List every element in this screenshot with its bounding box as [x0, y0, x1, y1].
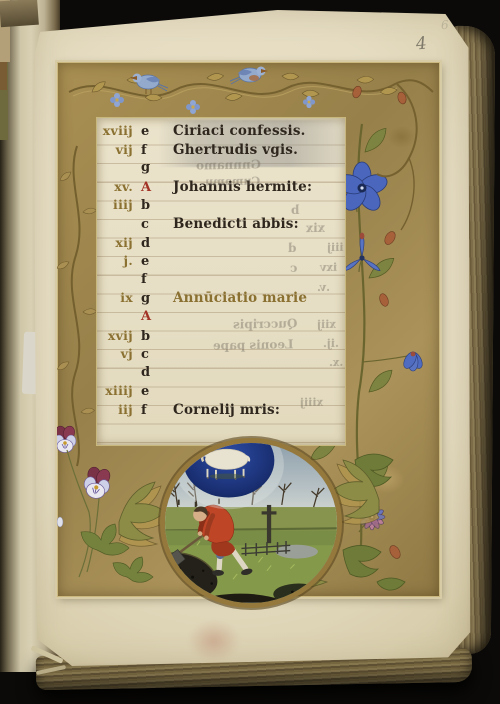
feast-entry: Annūciatio marie	[163, 289, 307, 308]
dominical-letter: A	[133, 308, 163, 327]
calendar-row: xijd	[97, 234, 345, 253]
red-offset-stain	[188, 620, 240, 662]
golden-number: vj	[97, 345, 133, 364]
dominical-letter: c	[133, 216, 163, 235]
miniature-scene	[165, 443, 337, 603]
show-through-mark: Cumamu	[205, 175, 260, 189]
march-miniature	[160, 438, 342, 608]
dominical-letter: e	[133, 253, 163, 272]
golden-number: iij	[97, 401, 133, 420]
show-through-mark: .x.	[329, 356, 343, 369]
show-through-mark: Leonis pape	[213, 337, 294, 352]
feast-entry: Benedicti abbis:	[163, 215, 299, 234]
show-through-mark: Quccripis	[233, 316, 298, 331]
dominical-letter: d	[133, 235, 163, 254]
dominical-letter: e	[133, 383, 163, 402]
golden-number: ix	[97, 289, 133, 308]
golden-number: xviij	[97, 122, 133, 141]
dominical-letter: d	[133, 364, 163, 383]
show-through-mark: b	[291, 203, 300, 217]
book-top-edge	[0, 0, 39, 27]
feast-entry: Ghertrudis vgis.	[163, 141, 298, 160]
dominical-letter: e	[133, 123, 163, 142]
golden-number: xij	[97, 234, 133, 253]
golden-number: xvij	[97, 327, 133, 346]
show-through-mark: Gnnnamo	[196, 157, 261, 172]
faint-folio-number: 6	[441, 18, 450, 32]
show-through-mark: .ij.	[323, 337, 339, 350]
show-through-mark: c	[290, 261, 298, 275]
golden-number: xv.	[97, 178, 133, 197]
manuscript-photo: 4 6	[0, 0, 500, 704]
dominical-letter: f	[133, 271, 163, 290]
calendar-row: A	[97, 308, 345, 327]
golden-number: vij	[97, 141, 133, 160]
calendar-row: f	[97, 271, 345, 290]
show-through-mark: xix	[306, 221, 325, 235]
dominical-letter: A	[133, 179, 163, 198]
show-through-mark: iiij	[327, 241, 344, 254]
dominical-letter: c	[133, 346, 163, 365]
dominical-letter: b	[133, 197, 163, 216]
dominical-letter: f	[133, 402, 163, 421]
show-through-mark: xiij	[317, 318, 336, 331]
dominical-letter: b	[133, 328, 163, 347]
dominical-letter: g	[133, 159, 163, 178]
calendar-row: j.e	[97, 252, 345, 271]
show-through-mark: ixv	[320, 261, 337, 274]
show-through-mark: .v.	[317, 281, 330, 294]
golden-number: j.	[97, 252, 133, 271]
feast-entry: Ciriaci confessis.	[163, 122, 306, 141]
calendar-row: xviijeCiriaci confessis.	[97, 122, 345, 141]
dominical-letter: g	[133, 290, 163, 309]
calendar-row: ixgAnnūciatio marie	[97, 289, 345, 308]
feast-entry: Cornelij mris:	[163, 401, 280, 420]
calendar-row: iiijb	[97, 196, 345, 215]
show-through-mark: xiiij	[300, 396, 323, 409]
golden-number: xiiij	[97, 382, 133, 401]
calendar-row: vijfGhertrudis vgis.	[97, 141, 345, 160]
dominical-letter: f	[133, 142, 163, 161]
folio-number: 4	[415, 33, 428, 54]
show-through-mark: d	[288, 241, 297, 255]
calendar-row: d	[97, 364, 345, 383]
golden-number: iiij	[97, 196, 133, 215]
